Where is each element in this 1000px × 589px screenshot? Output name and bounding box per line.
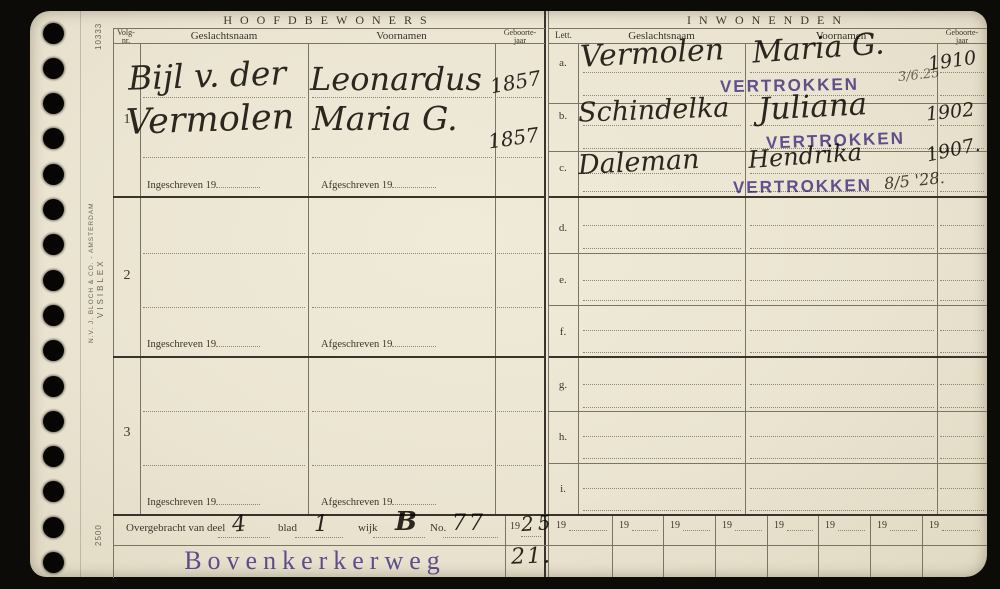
dotted-rule xyxy=(750,384,934,386)
ingeschreven-label: Ingeschreven 19 xyxy=(147,494,260,508)
year-cell-label: 19 xyxy=(670,520,680,531)
wijk-label: wijk xyxy=(358,522,378,534)
punch-hole xyxy=(43,376,64,397)
dotted-rule xyxy=(312,307,492,309)
volgnr-2: 2 xyxy=(115,268,139,284)
table-rule xyxy=(549,411,987,412)
dotted-rule xyxy=(940,225,984,227)
table-rule xyxy=(495,43,496,515)
table-rule xyxy=(549,253,987,254)
dotted-rule xyxy=(940,280,984,282)
punch-hole xyxy=(43,93,64,114)
dotted-rule xyxy=(940,173,984,175)
punch-hole xyxy=(43,199,64,220)
punch-hole xyxy=(43,552,64,573)
year-cell-label: 19 xyxy=(929,520,939,531)
table-rule xyxy=(745,43,746,515)
table-rule xyxy=(549,463,987,464)
dotted-rule xyxy=(940,510,984,512)
dotted-rule xyxy=(583,280,741,282)
punch-hole xyxy=(43,446,64,467)
punch-hole xyxy=(43,305,64,326)
dotted-rule xyxy=(750,488,934,490)
stationer-address: N.V. J. BLOCH & CO. - AMSTERDAM xyxy=(88,202,95,343)
dotted-rule xyxy=(750,407,934,409)
wijk-value: B xyxy=(395,507,417,537)
entry-surname: Vermolen xyxy=(125,97,295,143)
table-rule xyxy=(113,356,545,358)
ingeschreven-label: Ingeschreven 19 xyxy=(147,177,260,191)
dotted-rule xyxy=(497,411,542,413)
dotted-rule xyxy=(216,177,260,188)
punch-hole xyxy=(43,517,64,538)
dotted-rule xyxy=(583,248,741,250)
col-header-lett: Lett. xyxy=(549,30,578,40)
dotted-rule xyxy=(392,177,436,188)
punch-hole xyxy=(43,23,64,44)
dotted-rule xyxy=(312,253,492,255)
dotted-rule xyxy=(583,436,741,438)
dotted-rule xyxy=(940,458,984,460)
row-letter: a. xyxy=(552,57,574,69)
punch-hole xyxy=(43,270,64,291)
dotted-rule xyxy=(940,248,984,250)
vertrokken-stamp: VERTROKKEN xyxy=(733,176,872,198)
col-header-geslachtsnaam-left: Geslachtsnaam xyxy=(140,30,308,42)
year-cell-label: 19 xyxy=(510,521,520,532)
table-rule xyxy=(544,11,546,577)
dotted-rule xyxy=(216,494,260,505)
deel-value: 4 xyxy=(231,511,247,537)
dotted-rule xyxy=(583,300,741,302)
dotted-rule xyxy=(583,225,741,227)
punch-hole xyxy=(43,164,64,185)
dotted-rule xyxy=(940,384,984,386)
dotted-rule xyxy=(750,510,934,512)
blad-value: 1 xyxy=(314,512,328,537)
dotted-rule xyxy=(312,465,492,467)
dotted-rule xyxy=(750,300,934,302)
dotted-rule xyxy=(735,530,762,532)
entry-firstname: Maria G. xyxy=(312,99,458,138)
afgeschreven-label: Afgeschreven 19 xyxy=(321,494,436,508)
afgeschreven-label: Afgeschreven 19 xyxy=(321,177,436,191)
dotted-rule xyxy=(295,537,343,539)
dotted-rule xyxy=(750,330,934,332)
dotted-rule xyxy=(216,336,260,347)
year-cell-label: 19 xyxy=(556,520,566,531)
row-letter: d. xyxy=(552,222,574,234)
table-rule xyxy=(308,43,309,515)
register-card-photo: 10333 2500 VISIBLEX N.V. J. BLOCH & CO. … xyxy=(0,0,1000,589)
dotted-rule xyxy=(940,488,984,490)
dotted-rule xyxy=(940,407,984,409)
dotted-rule xyxy=(683,530,710,532)
dotted-rule xyxy=(497,307,542,309)
dotted-rule xyxy=(940,191,984,193)
dotted-rule xyxy=(583,488,741,490)
dotted-rule xyxy=(940,436,984,438)
dotted-rule xyxy=(443,537,498,539)
dotted-rule xyxy=(890,530,917,532)
dotted-rule xyxy=(312,411,492,413)
dotted-rule xyxy=(569,530,607,532)
dotted-rule xyxy=(392,494,436,505)
dotted-rule xyxy=(940,352,984,354)
year-cell-label: 19 xyxy=(774,520,784,531)
col-header-voornamen-left: Voornamen xyxy=(308,30,495,42)
dotted-rule xyxy=(143,307,305,309)
entry-surname: Daleman xyxy=(577,144,700,181)
table-rule xyxy=(548,11,549,577)
row-letter: g. xyxy=(552,379,574,391)
dotted-rule xyxy=(392,336,436,347)
dotted-rule xyxy=(143,253,305,255)
punch-hole xyxy=(43,58,64,79)
dotted-rule xyxy=(497,253,542,255)
print-run-number: 2500 xyxy=(94,524,103,546)
entry-surname: Schindelka xyxy=(578,92,730,128)
dotted-rule xyxy=(143,465,305,467)
dotted-rule xyxy=(583,510,741,512)
dotted-rule xyxy=(787,530,813,532)
dotted-rule xyxy=(750,248,934,250)
dotted-rule xyxy=(632,530,658,532)
table-rule xyxy=(113,43,545,44)
dotted-rule xyxy=(583,352,741,354)
dotted-rule xyxy=(940,300,984,302)
dotted-rule xyxy=(583,330,741,332)
section-title-hoofdbewoners: HOOFDBEWONERS xyxy=(113,13,545,28)
table-rule xyxy=(113,196,545,198)
house-number: 21. xyxy=(511,543,553,569)
table-rule xyxy=(113,28,545,29)
entry-firstname: Leonardus xyxy=(310,60,482,98)
dotted-rule xyxy=(497,157,542,159)
table-rule xyxy=(113,28,114,578)
year-cell-label: 19 xyxy=(619,520,629,531)
dotted-rule xyxy=(940,330,984,332)
stationer-brand: VISIBLEX xyxy=(96,258,105,318)
table-rule xyxy=(549,305,987,306)
punch-hole xyxy=(43,411,64,432)
dotted-rule xyxy=(583,191,741,193)
entry-surname: Bijl v. der xyxy=(127,53,286,97)
dotted-rule xyxy=(497,97,542,99)
year-written-value: 25 xyxy=(520,510,555,536)
overgebracht-label: Overgebracht van deel xyxy=(126,522,225,534)
dotted-rule xyxy=(143,157,305,159)
no-label: No. xyxy=(430,522,446,534)
dotted-rule xyxy=(497,465,542,467)
dotted-rule xyxy=(583,384,741,386)
row-letter: h. xyxy=(552,431,574,443)
row-letter: b. xyxy=(552,110,574,122)
blad-label: blad xyxy=(278,522,297,534)
dotted-rule xyxy=(583,458,741,460)
row-letter: i. xyxy=(552,483,574,495)
dotted-rule xyxy=(373,537,425,539)
row-letter: f. xyxy=(552,326,574,338)
section-title-inwonenden: INWONENDEN xyxy=(549,13,987,28)
afgeschreven-label: Afgeschreven 19 xyxy=(321,336,436,350)
row-letter: c. xyxy=(552,162,574,174)
dotted-rule xyxy=(838,530,865,532)
row-letter: e. xyxy=(552,274,574,286)
dotted-rule xyxy=(750,458,934,460)
dotted-rule xyxy=(942,530,980,532)
dotted-rule xyxy=(750,225,934,227)
dotted-rule xyxy=(750,352,934,354)
dotted-rule xyxy=(583,407,741,409)
no-value: 77 xyxy=(452,511,486,536)
dotted-rule xyxy=(940,125,984,127)
street-name-stamp: Bovenkerkerweg xyxy=(150,546,480,576)
volgnr-3: 3 xyxy=(115,425,139,441)
dotted-rule xyxy=(940,95,984,97)
binder-crease xyxy=(80,11,81,577)
dotted-rule xyxy=(143,411,305,413)
dotted-rule xyxy=(750,436,934,438)
year-cell-label: 19 xyxy=(877,520,887,531)
year-cell-label: 19 xyxy=(722,520,732,531)
dotted-rule xyxy=(521,536,541,538)
vertrokken-stamp: VERTROKKEN xyxy=(720,75,859,97)
dotted-rule xyxy=(750,280,934,282)
form-number: 10333 xyxy=(94,23,103,50)
dotted-rule xyxy=(312,157,492,159)
dotted-rule xyxy=(218,537,270,539)
ingeschreven-label: Ingeschreven 19 xyxy=(147,336,260,350)
year-cell-label: 19 xyxy=(825,520,835,531)
table-rule xyxy=(549,356,987,358)
table-rule xyxy=(549,28,987,29)
